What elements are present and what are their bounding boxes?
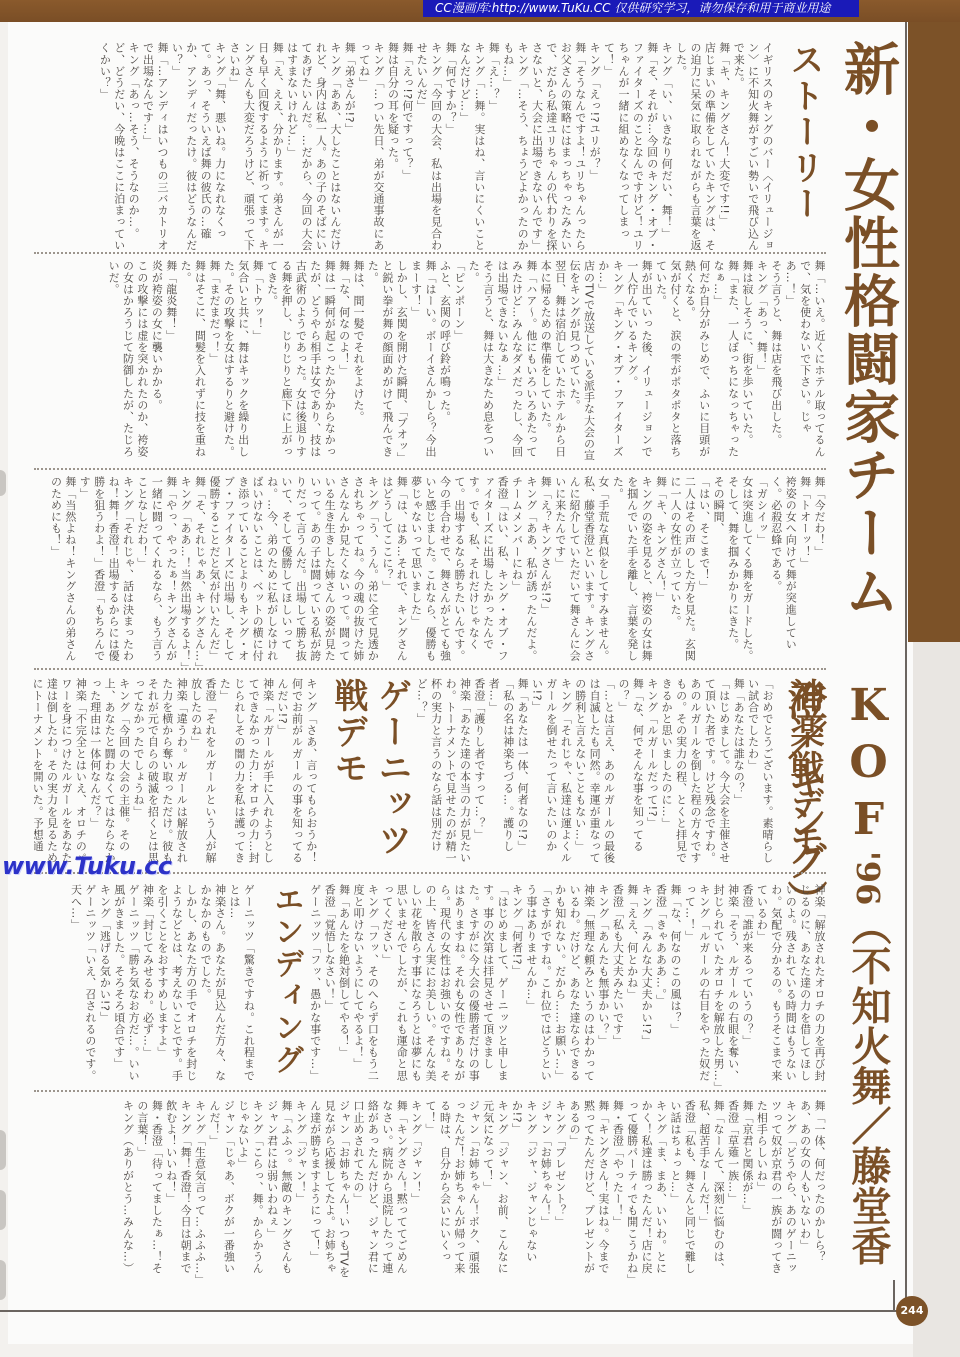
text-line: 舞「ふふっ。無敵のキングさんもジャン君には弱いわねぇ」 (264, 1100, 293, 1284)
text-line: 舞「え、ええ、分かります。弟さんが一日も早く回復するように祈ってます。キングさん… (227, 42, 285, 252)
page-subtitle: KOF'96（不知火舞／藤堂香澄／キング） (836, 680, 900, 1270)
text-line: キング「あっ…そう、そうなのか…。ど、どうだい、今晩はここに泊まっていくかい？」 (97, 42, 140, 252)
text-line: 舞「な、何なのよ！」 (336, 260, 350, 468)
text-line: キング「ジャン！」 (408, 1100, 422, 1284)
title-divider-line (905, 22, 907, 1322)
text-line: 神楽「違うわ。ルガールは解放された力を横から奪い取っただけ。彼もそれが元で自らの… (131, 678, 189, 872)
text-line: 舞「あなたは誰なの？」 (731, 678, 745, 872)
section-heading-story: ストーリー (782, 42, 826, 222)
text-line: キング「ルガールの右目をやった奴だって…！」 (682, 884, 711, 1090)
text-line: 舞「ええ、何とかね」 (624, 884, 638, 1090)
text-band-4: 神楽戦デモ 「おめでとうございます。素晴らしい試合でしたわ」 舞「あなたは誰なの… (34, 674, 826, 874)
text-line: キング「ルガールだって!?」 (644, 678, 658, 872)
text-line: 舞「そうなんですよ！ユリちゃんったらお父さんの策略にはまっちゃったみたいで、だか… (529, 42, 587, 252)
text-line: 舞「キ、キングさん！大変です!!」 (716, 42, 730, 252)
text-line: 舞「ハア～。他にもいろいろあたってみたけど…みんなダメだったし、今回は出場できな… (495, 260, 538, 468)
text-line: キング「…舞。実はね、言いにくいことなんだけど…」 (457, 42, 486, 252)
text-line: 「私の名は神楽ちづる…。護りし者…」 (486, 678, 515, 872)
text-line: 香澄「私も大丈夫みたいです」 (610, 884, 624, 1090)
text-line: しかし、あなた方の手でオロチを封じようなどとは、考えないことです。手を引くことを… (155, 884, 198, 1090)
text-line: 舞は一瞬何が起こったか分からなかったが、どうやら相手は女であり、技は古武術のよう… (264, 260, 336, 468)
text-line: キング「い、いきなり何だい、舞！」 (659, 42, 673, 252)
text-line: 舞「トオーッ！」 (797, 476, 811, 668)
text-line: 袴姿の女へ向けて舞が突進していく。必殺忍蜂である。 (768, 476, 797, 668)
text-line: キング「ジャン、お前、こんなに元気になって！」 (480, 1100, 509, 1284)
text-line: 香澄「草薙一族…」 (725, 1100, 739, 1284)
page-title: 新・女性格闘家チーム (836, 40, 900, 640)
page-number-badge: 244 (896, 1296, 928, 1326)
text-line: 舞「…いえ。近くにホテル取ってるんで、気を使わないで下さい。じゃあ…！」 (783, 260, 826, 468)
text-line: 炎が袴姿の女に襲いかかる。 (149, 260, 163, 468)
site-watermark: www.Tuku.cc (2, 852, 172, 880)
text-line: ふと、玄関の呼び鈴が鳴った。 (437, 260, 451, 468)
text-line: キング「フッ、そのへらず口をもう二度と叩けないようにしてやるよ！」 (351, 884, 380, 1090)
text-line: 舞「京君と関係が…」 (740, 1100, 754, 1284)
text-line: 気合いと共に、舞はキックを繰り出した。その攻撃を女はするりと避けた。 (221, 260, 250, 468)
text-line: 舞「また、一人ぼっちになっちゃったなぁ…」 (711, 260, 740, 468)
text-line: 舞は、間一髪でそれをよけた。 (351, 260, 365, 468)
text-band-2: 舞「…いえ。近くにホテル取ってるんで、気を使わないで下さい。じゃあ…！」 そう言… (34, 256, 826, 470)
text-line: 店じまいの準備をしていたキングは、その迫力に呆気に取られながらも言葉を返した。 (673, 42, 716, 252)
text-line: キング「さあ、言ってもらおうか！何でお前がルガールの事を知ってるんだい!?」 (275, 678, 318, 872)
text-line: 何だか自分がみじめで、ふいに目頭が熱くなる。 (682, 260, 711, 468)
text-line: 神楽「そう、ルガールの右眼を奪い、封じられていたオロチを解放した男…」 (711, 884, 740, 1090)
text-line: キング「…つい先日、弟が交通事故にあってね」 (356, 42, 385, 252)
text-line: 舞「今だわ！」 (812, 476, 826, 668)
text-band-5: 神楽「解放されたオロチの力を再び封じるのに、あなた達の力を借してほしいのよ。残さ… (34, 880, 826, 1092)
text-line: キング「何者!?」 (509, 884, 523, 1090)
watermark-banner: CC漫画库:http://www.TuKu.CC 仅供研究学习，请勿保存和用于商… (423, 0, 859, 17)
text-line: キング「みんな大丈夫かい!?」 (639, 884, 653, 1090)
text-line: そう言うと、舞は大きなため息をついた。 (466, 260, 495, 468)
text-line: そう言うと、舞は店を飛び出した。 (768, 260, 782, 468)
text-band-1: ストーリー イギリスのキングのバー〈イリュージョン〉に不知火舞がすごい勢いで飛び… (34, 38, 826, 254)
text-line: 舞「は、はあ…それで、キングさんはどうしてここに？」 (379, 476, 408, 668)
text-line: 「ピンポーン」 (451, 260, 465, 468)
text-line: キング「それじゃ、話は決まったわね！舞！香澄！出場するからには優勝を狙うわよ！」… (77, 476, 135, 668)
text-line: 舞「なーんて、深刻に悩むのは、私、超苦手なーんだ！」 (696, 1100, 725, 1284)
text-line: キング「えっ!?ユリが？」 (587, 42, 601, 252)
text-line: キング（ありがとう…みんな…） (120, 1100, 134, 1284)
text-line: 舞「あんたを絶対倒してやる！」 (336, 884, 350, 1090)
text-line: ジャン「お姉ちゃん！ボク、頑張ったんだ！お姉ちゃんが帰って来る時は、自分から会い… (423, 1100, 481, 1284)
text-band-3: 舞「今だわ！」 舞「トオーッ！」 袴姿の女へ向けて舞が突進していく。必殺忍蜂であ… (34, 472, 826, 670)
text-line: 舞「な、何なのこの風は？」 (668, 884, 682, 1090)
text-line: ジャン「お姉ちゃん！いつもTVを見ながら応援してたよ。お姉ちゃん達が勝ちますよう… (307, 1100, 350, 1284)
text-line: キング「舞、悪いね。力になれなくって。あっ、そういえば舞の彼氏の…確か、アンディ… (169, 42, 227, 252)
text-line: 「…とは言え、あのルガールの最後は自滅したも同然。幸運が重なっての勝利と言えない… (572, 678, 615, 872)
text-line: 香澄「きゃあああ…。」 (653, 884, 667, 1090)
text-line: キング「こらっ、舞。からかうんじゃないよ」 (235, 1100, 264, 1284)
text-line: 舞「…アンディはいつもの三バカトリオで出場なんです…」 (140, 42, 169, 252)
section-heading-goenitz-demo: ゲーニッツ戦デモ (326, 678, 414, 872)
text-line: キング「プレゼント？」 (552, 1100, 566, 1284)
text-line: キング「あんたも無事かい？」 (596, 884, 610, 1090)
text-line: キング「ま、まあ、いいわ。とにかく！私達は勝ったんだ！店に戻って優勝パーティでも… (624, 1100, 667, 1284)
section-heading-ending: エンディング (263, 884, 307, 1076)
text-line: 舞「え？キングさんが!?」 (538, 476, 552, 668)
text-line: キング「今回の大会の主催。その上、あなたと闘わなくてはならなかった理由は一体何な… (87, 678, 130, 872)
text-line: キング「…そう、ちょうどよかったのかもね…」 (500, 42, 529, 252)
text-line: 舞「はーい。ボーイさんかしら？今出まーす！」 (408, 260, 437, 468)
text-line: キング「舞！香澄！今日は朝まで飲むよ！いいね！」 (163, 1100, 192, 1284)
text-line: キング「ジャン！」 (293, 1100, 307, 1284)
text-line: 舞は寂しそうに、街を歩いていた。 (740, 260, 754, 468)
text-line: 舞「一体、何だったのかしら？あ、あの女の人もいないわ」 (797, 1100, 826, 1284)
text-line: しかし、玄関を開けた瞬間、「ブオッ」と鋭い拳が舞の顔面めがけて飛んできた。 (365, 260, 408, 468)
text-line: この攻撃には虚を突かれたのか、袴姿の女はかろうじて防御したが、たじろいだ。 (106, 260, 149, 468)
text-columns: ストーリー イギリスのキングのバー〈イリュージョン〉に不知火舞がすごい勢いで飛び… (34, 42, 826, 252)
text-line: ゲーニッツ「驚きですね。これ程までとは… (227, 884, 256, 1090)
text-line: ジャン「お姉ちゃん！」 (538, 1100, 552, 1284)
text-columns: 神楽戦デモ 「おめでとうございます。素晴らしい試合でしたわ」 舞「あなたは誰なの… (34, 678, 826, 872)
text-line: 舞「キングさん！黙っててごめんなさい。病院から退院したって連絡があったんだけど、… (351, 1100, 409, 1284)
text-line: 神楽「無理な頼みというのはわかっているわ。だけど、あなた達ならできるかも知れない… (552, 884, 595, 1090)
text-line: 舞「キ、キングさん！」 (653, 476, 667, 668)
text-line: 香澄「誰が来るっていうの？」 (740, 884, 754, 1090)
text-line: キング「ああ…！当然出場するよ！」 (178, 476, 192, 668)
text-line: キング「ジャ、ジャンじゃないか!?」 (509, 1100, 538, 1284)
text-line: 舞「え…？」 (486, 42, 500, 252)
text-line: ゲーニッツ「いえ、召されるのです。天へ…」 (68, 884, 97, 1090)
text-line: 舞「弟さんが!?」 (342, 42, 356, 252)
text-line: キングの姿を見ると、袴姿の女は舞を掴んでいた手を離し、言葉を発した。 (610, 476, 653, 668)
text-line: キング「逃げる気かい!?」 (97, 884, 111, 1090)
text-columns: 舞「…いえ。近くにホテル取ってるんで、気を使わないで下さい。じゃあ…！」 そう言… (34, 260, 826, 468)
title-accent-bar (908, 22, 960, 642)
subtitle-year: '96 (849, 851, 887, 905)
scan-artifact (0, 470, 6, 496)
text-line: 舞「当然よね！キングさんの弟さんのためにも！」 (48, 476, 77, 668)
text-line: 舞「トウッ！」 (250, 260, 264, 468)
text-line: 舞「まだまだっ！」 (207, 260, 221, 468)
text-line: キング「ああ、大したことはないんだけれど、身内は私一人。あの子のそばにいてあげた… (284, 42, 342, 252)
text-line: 女は突進してくる舞をガードした。そして、舞を掴みかかりにきた。 (725, 476, 754, 668)
text-line: 舞が出ていった後、イリュージョンで一人佇んでいるキング。 (624, 260, 653, 468)
text-line: キング「う、うん。弟に全て見透かされちゃってね。今の魂の抜けた姉さんなんか見たく… (207, 476, 380, 668)
text-line: 香澄「それをルガールという人が解放したのね」 (188, 678, 217, 872)
text-line: 二人はその声のした方を見た。玄関に一人の女性が立っていた。 (668, 476, 697, 668)
text-line: 舞「龍炎舞！」 (163, 260, 177, 468)
text-line: 神楽「あなた達の本当の力が見たいわ。トーナメントで見せたのが精一杯の実力と言うの… (414, 678, 472, 872)
text-line: ゲーニッツ「フッ、愚かな事です…」 (307, 884, 321, 1090)
text-line: 神楽「ルガールが手に入れようとしてできなかった力…オロチの力…封じられしその闇の… (217, 678, 275, 872)
section-heading-kagura-demo: 神楽戦デモ (782, 678, 826, 858)
text-line: 舞「あなたは一体、何者なの!?」 (515, 678, 529, 872)
text-line: 「ガシイッ」 (754, 476, 768, 668)
text-line: 香澄「はい、私、キング・オブ・ファイターズに出場したかったんです。でも、私、それ… (408, 476, 509, 668)
text-line: 神楽「封じてみせるわ。必ず…」 (140, 884, 154, 1090)
text-line: キング「生意気言って…ふふふ…」 (192, 1100, 206, 1284)
text-line: 「はい、そこまで！」 (696, 476, 710, 668)
text-line: 香澄「護りし者ですって…？」 (471, 678, 485, 872)
text-line: 舞「えっ!?何ですって？」 (399, 42, 413, 252)
text-line: 「はじめまして。今大会を主催させて頂いた者です。けど残念ですわ。あのルガールを倒… (659, 678, 731, 872)
text-line: キング「どうやら、あのゲーニッツって奴が京君の一族が闘ってきた相手らしいね」 (754, 1100, 797, 1284)
text-line: イギリスのキングのバー〈イリュージョン〉に不知火舞がすごい勢いで飛び込んで来た。 (731, 42, 774, 252)
bottom-rule (0, 1310, 905, 1312)
text-line: キング「キング・オブ・ファイターズか…」 (596, 260, 625, 468)
text-line: キング「あっ、舞！」 (754, 260, 768, 468)
text-line: 気が付くと、涙の雫がポタポタと落ちていた。 (653, 260, 682, 468)
text-line: ゲーニッツ「勝ち気なお方だ…。いい風がきました。そろそろ頃合です」 (111, 884, 140, 1090)
text-line: 舞・香澄「待ってましたぁ…！その言葉！」 (135, 1100, 164, 1284)
text-line: 舞「何ですか？」 (443, 42, 457, 252)
scan-artifact (0, 1190, 6, 1230)
text-line: 舞は自分の耳を疑った。 (385, 42, 399, 252)
text-line: 舞「やっ、やったぁ！キングさんが一緒に闘ってくれるなら、もう言うことなしだわ！」 (135, 476, 178, 668)
scan-artifact (0, 1260, 6, 1300)
text-line: 店のTVで放送している派手な大会の宣伝をキングが見つめていた。 (567, 260, 596, 468)
text-band-6: 舞「一体、何だったのかしら？あ、あの女の人もいないわ」 キング「どうやら、あのゲ… (34, 1096, 826, 1284)
text-line: 舞「そ、それじゃあ、キングさん…」 (192, 476, 206, 668)
text-line: 「さすがですね。これ位ではどうという事はありませんか…」 (523, 884, 552, 1090)
subtitle-kof: KOF (843, 680, 894, 851)
text-columns: 神楽「解放されたオロチの力を再び封じるのに、あなた達の力を借してほしいのよ。残さ… (34, 884, 826, 1090)
text-line: キング「今回の大会、私は出場を見合わせたいんだ」 (414, 42, 443, 252)
text-line: 舞はそこに、間髪を入れずに技を重ねた。 (178, 260, 207, 468)
text-line: ジャン「じゃあ、ボクが一番強いんだ！」 (207, 1100, 236, 1284)
text-line: 舞「そ、それが…今回のキング・オブ・ファイターズのことなんですけど！ユリちゃんが… (601, 42, 659, 252)
text-line: キング「それじゃ、私達は運よくルガールを倒せたって言いたいのかい!?」 (529, 678, 572, 872)
text-line: 舞「な、何でそんな事を知ってるの？」 (616, 678, 645, 872)
text-line: 香澄「覚悟しなさい！」 (322, 884, 336, 1090)
text-line: 舞「キングさん！実はね。今まで黙ってたんだけど、プレゼントがあるの」 (567, 1100, 610, 1284)
text-line: その瞬間、 (711, 476, 725, 668)
text-line: 香澄「私も、舞さんと同じで難しい話はちょっと…」 (668, 1100, 697, 1284)
text-line: 舞・香澄「やったー！」 (610, 1100, 624, 1284)
text-line: 「おめでとうございます。素晴らしい試合でしたわ」 (745, 678, 774, 872)
text-line: 神楽さん。あなたが見込んだ方々、なかなかのものでした。 (198, 884, 227, 1090)
text-columns: 舞「今だわ！」 舞「トオーッ！」 袴姿の女へ向けて舞が突進していく。必殺忍蜂であ… (34, 476, 826, 668)
bottom-rule-tick (893, 1280, 895, 1312)
text-line: 神楽「解放されたオロチの力を再び封じるのに、あなた達の力を借してほしいのよ。残さ… (754, 884, 826, 1090)
text-columns: 舞「一体、何だったのかしら？あ、あの女の人もいないわ」 キング「どうやら、あのゲ… (34, 1100, 826, 1284)
text-line: 「はじめまして、ゲーニッツと申します。事の次第は拝見させて頂きました。さすがに今… (379, 884, 509, 1090)
text-line: 翌日、舞は宿泊していたホテルから日本に帰るための準備をしていた。 (538, 260, 567, 468)
scan-artifact (0, 1130, 6, 1170)
text-line: 女「手荒な真似をしてすみません。私、藤堂香澄といいます。キングさんに紹介していた… (552, 476, 610, 668)
text-line: キング「ああ、私が誘ったんだよ。チームメンバーにね」 (509, 476, 538, 668)
text-line: 神楽「不完全とはいえ、オロチのパワーを身につけたルガールをあなた達は倒したわ。そ… (34, 678, 87, 872)
